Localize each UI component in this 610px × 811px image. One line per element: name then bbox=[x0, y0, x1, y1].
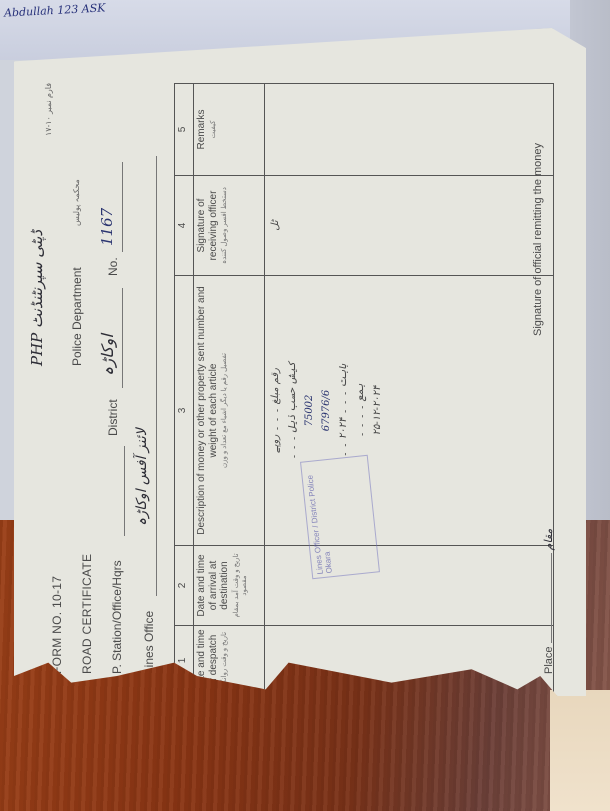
remitting-signature-label: Signature of official remitting the mone… bbox=[532, 143, 544, 336]
column-number: 5 bbox=[175, 84, 194, 176]
column-number: 4 bbox=[175, 176, 194, 276]
floor-area bbox=[550, 690, 610, 811]
number-label: No. bbox=[106, 257, 120, 276]
cell-arrival bbox=[265, 546, 554, 626]
column-number: 3 bbox=[175, 276, 194, 546]
column-header-remarks: Remarks کیفیت bbox=[194, 84, 265, 176]
district-value: اوکاڑہ bbox=[98, 334, 117, 376]
number-value: 1167 bbox=[98, 208, 116, 246]
number-line bbox=[122, 162, 123, 252]
station-label: P. Station/Office/Hqrs bbox=[110, 560, 124, 674]
top-handwriting: PHP ڈپٹی سپرنٹنڈنٹ bbox=[28, 230, 46, 366]
lines-office-value: لائنز آفس اوکاڑہ bbox=[134, 428, 150, 526]
department-label: Police Department bbox=[70, 267, 84, 366]
place-line bbox=[551, 553, 552, 643]
corner-urdu: فارم نمبر ۱۰-۱۷ bbox=[44, 83, 53, 136]
district-line bbox=[122, 288, 123, 388]
lines-office-line bbox=[156, 156, 157, 596]
official-stamp: Lines Officer / District Police Okara bbox=[300, 455, 380, 579]
column-header-signature: Signature of receiving officer دستخط افس… bbox=[194, 176, 265, 276]
description-line: رقم مبلغ ۔ ۔ ۔ روپے bbox=[267, 279, 284, 542]
department-urdu: محکمہ پولیس bbox=[72, 179, 81, 226]
place-label: Place مقام bbox=[542, 529, 555, 674]
cell-signature: ٹل bbox=[265, 176, 554, 276]
district-label: District bbox=[106, 399, 120, 436]
form-content: PHP ڈپٹی سپرنٹنڈنٹ FORM NO. 10-17 ROAD C… bbox=[14, 56, 574, 696]
form-number: FORM NO. 10-17 bbox=[50, 576, 64, 674]
description-line: کیش حسب ذیل ۔ ۔ ۔ bbox=[284, 279, 301, 542]
lines-office-label: Lines Office bbox=[142, 611, 156, 674]
cell-remarks bbox=[265, 84, 554, 176]
column-header-arrival: Date and time of arrival at destination … bbox=[194, 546, 265, 626]
station-line bbox=[124, 446, 125, 536]
column-number: 2 bbox=[175, 546, 194, 626]
certificate-table: 1 2 3 4 5 Date and time of despatch تاری… bbox=[174, 83, 554, 696]
form-title: ROAD CERTIFICATE bbox=[80, 554, 94, 674]
road-certificate-form: PHP ڈپٹی سپرنٹنڈنٹ FORM NO. 10-17 ROAD C… bbox=[14, 28, 586, 696]
signature-value: ٹل bbox=[267, 179, 284, 272]
column-header-description: Description of money or other property s… bbox=[194, 276, 265, 546]
